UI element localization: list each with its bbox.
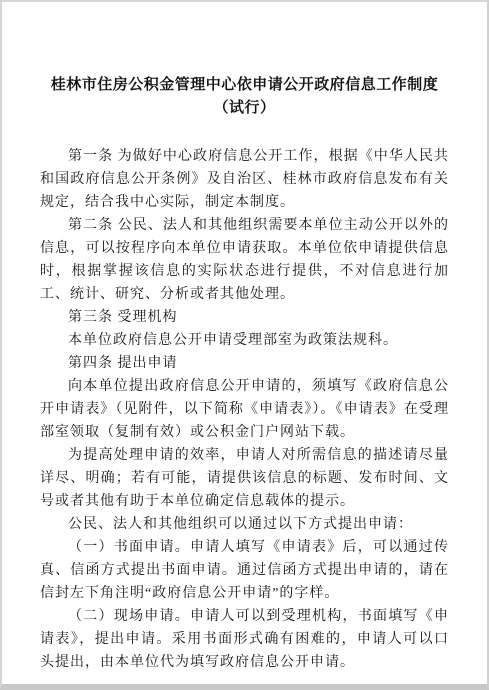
paragraph-article-4-body-1: 向本单位提出政府信息公开申请的，须填写《政府信息公开申请表》（见附件，以下简称《… [40,375,449,444]
paragraph-item-2-onsite-application: （二）现场申请。申请人可以到受理机构，书面填写《申请表》，提出申请。采用书面形式… [40,605,449,674]
paragraph-article-4-body-2: 为提高处理申请的效率，申请人对所需信息的描述请尽量详尽、明确；若有可能，请提供该… [40,444,449,513]
paragraph-article-4-heading: 第四条 提出申请 [40,352,449,375]
paragraph-article-3-body: 本单位政府信息公开申请受理部室为政策法规科。 [40,329,449,352]
paragraph-article-2: 第二条 公民、法人和其他组织需要本单位主动公开以外的信息，可以按程序向本单位申请… [40,214,449,306]
paragraph-article-4-body-3: 公民、法人和其他组织可以通过以下方式提出申请： [40,513,449,536]
document-body: 第一条 为做好中心政府信息公开工作，根据《中华人民共和国政府信息公开条例》及自治… [40,145,449,674]
paragraph-article-1: 第一条 为做好中心政府信息公开工作，根据《中华人民共和国政府信息公开条例》及自治… [40,145,449,214]
document-page: 桂林市住房公积金管理中心依申请公开政府信息工作制度 （试行） 第一条 为做好中心… [0,0,489,690]
paragraph-article-3-heading: 第三条 受理机构 [40,306,449,329]
document-subtitle: （试行） [2,97,487,120]
document-title: 桂林市住房公积金管理中心依申请公开政府信息工作制度 [30,74,459,97]
paragraph-item-1-written-application: （一）书面申请。申请人填写《申请表》后，可以通过传真、信函方式提出书面申请。通过… [40,536,449,605]
